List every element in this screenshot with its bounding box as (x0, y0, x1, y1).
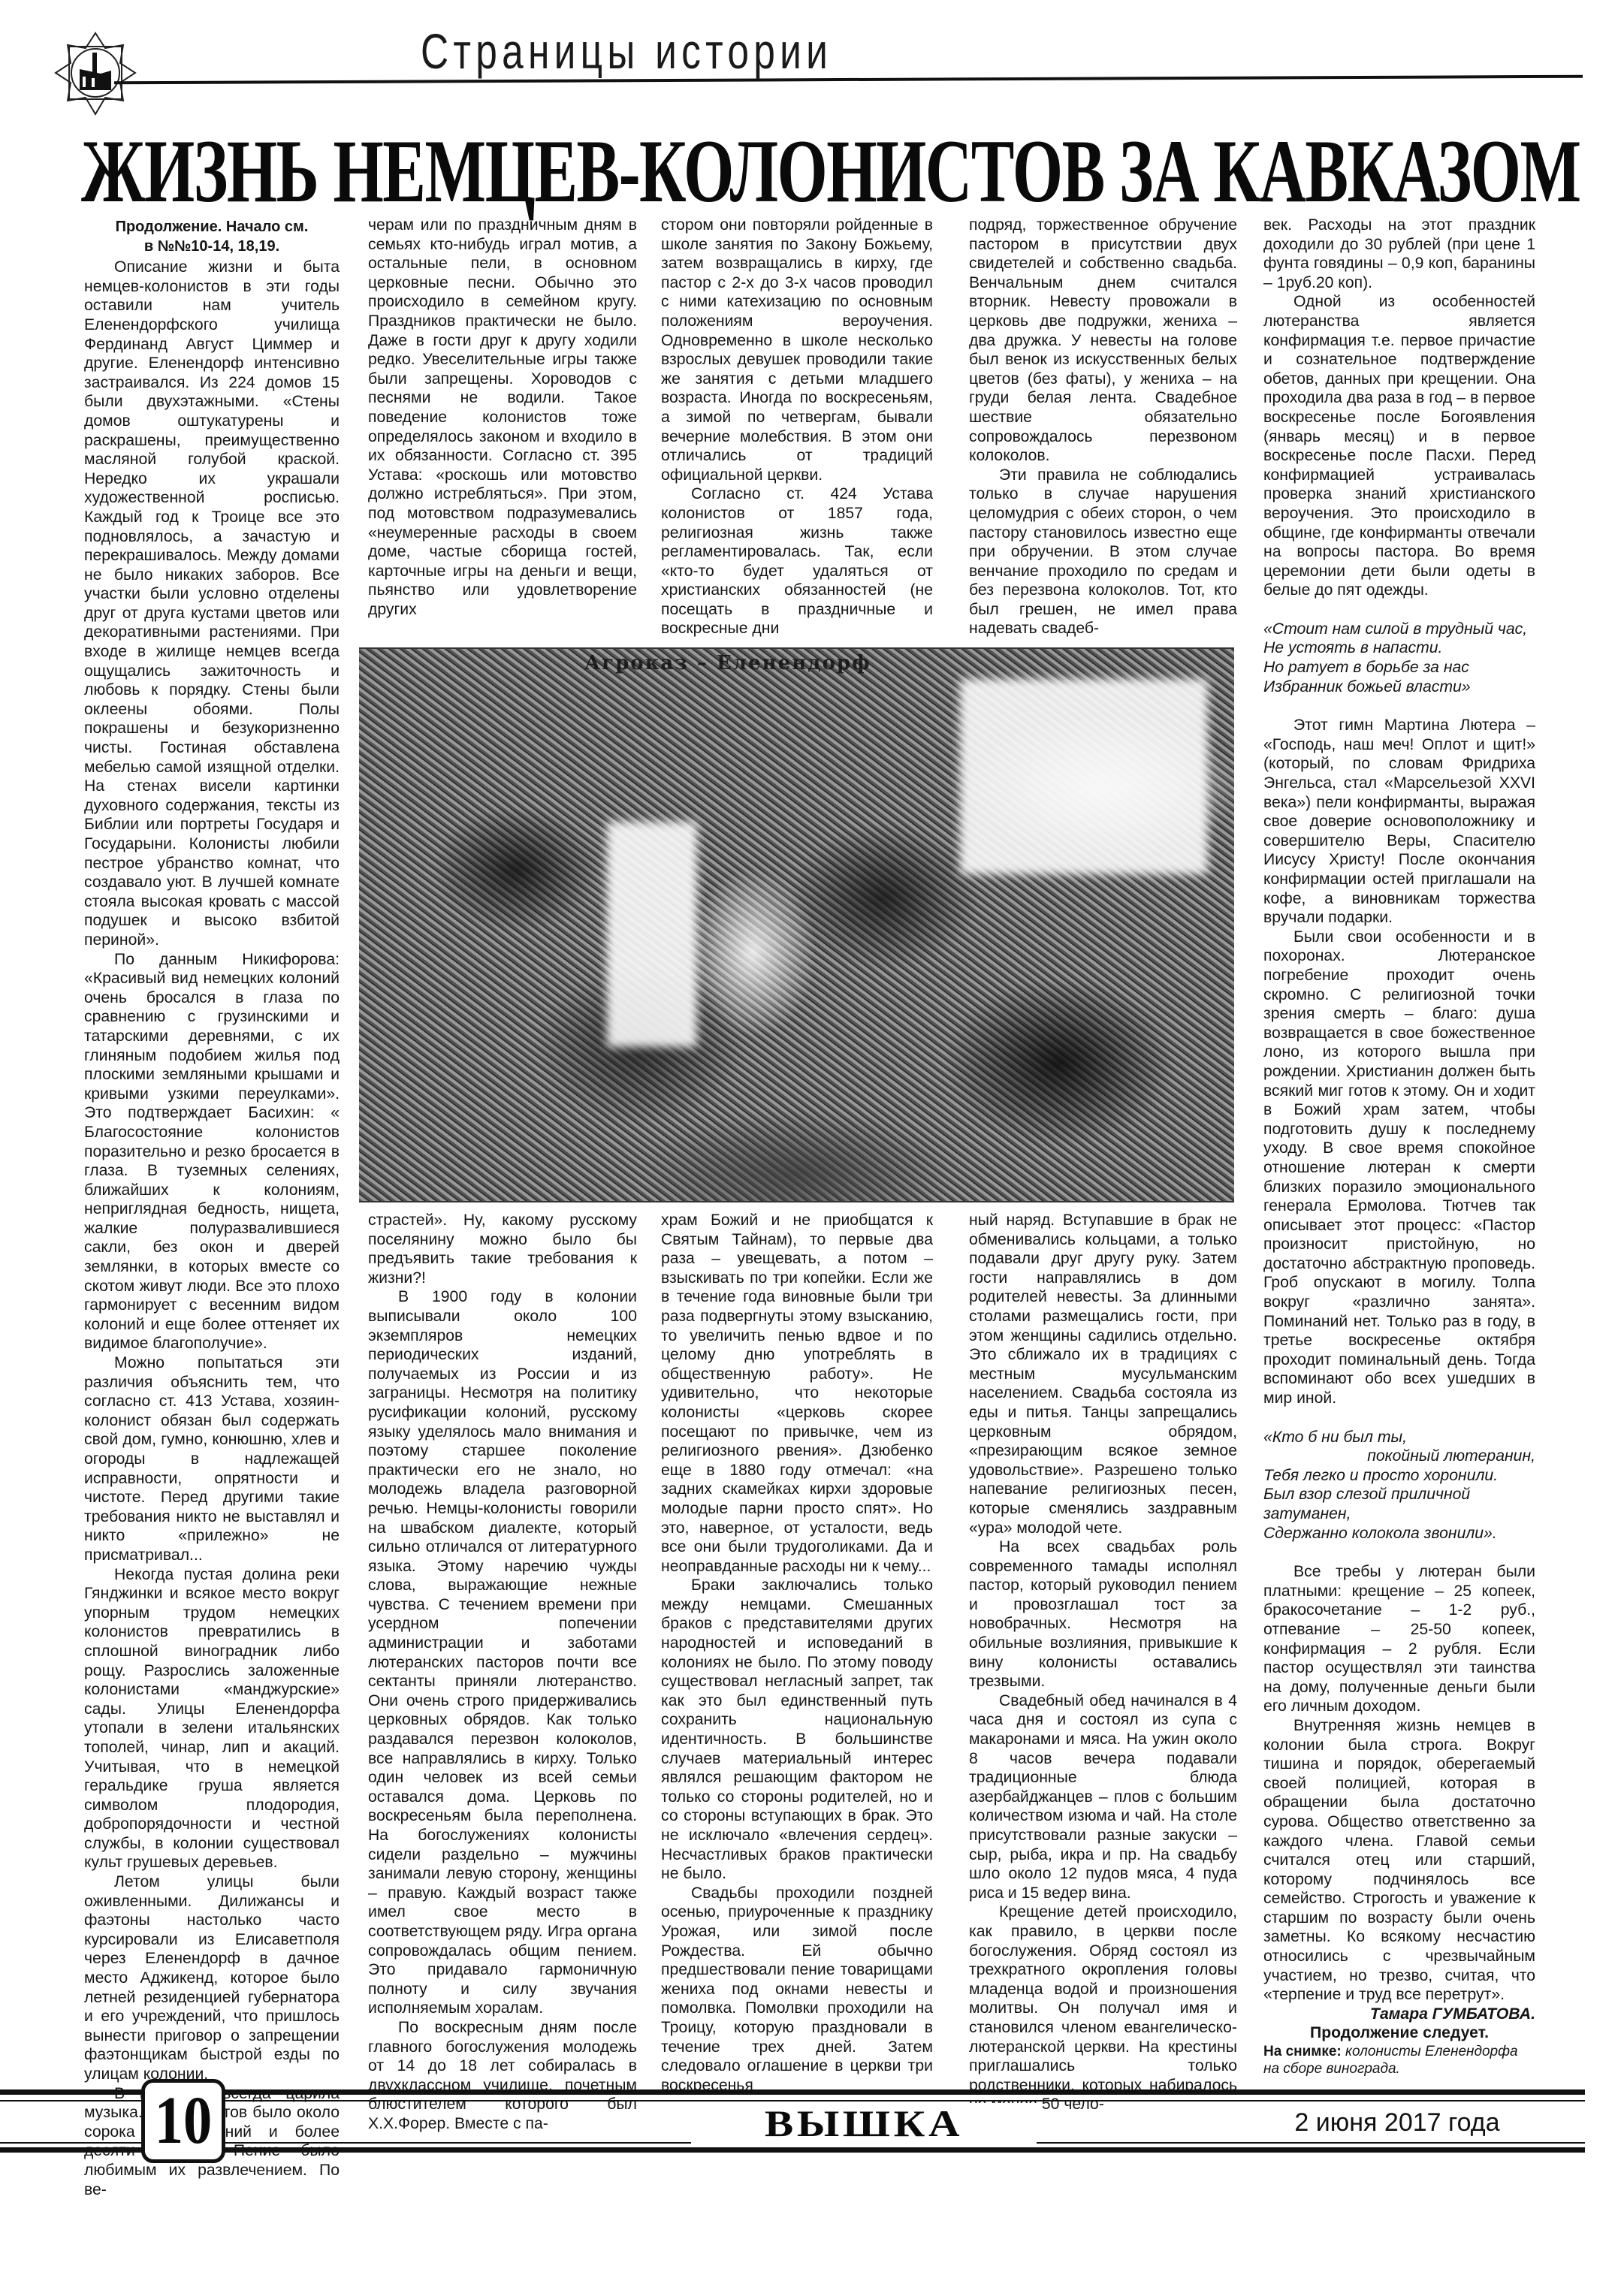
paragraph: ный наряд. Вступавшие в брак не обменива… (969, 1211, 1237, 1537)
paragraph: Согласно ст. 424 Устава колонистов от 18… (661, 484, 933, 638)
article-column-3-bottom: храм Божий и не приобщатся к Святым Тайн… (661, 1211, 933, 2095)
paragraph: Эти правила не соблюдались только в случ… (969, 466, 1237, 638)
oil-derrick-emblem-icon (54, 32, 137, 129)
article-headline: ЖИЗНЬ НЕМЦЕВ-КОЛОНИСТОВ ЗА КАВКАЗОМ (81, 126, 1163, 216)
hymn-verse: «Стоит нам силой в трудный час, Не устоя… (1263, 620, 1535, 696)
paragraph: Браки заключались только между немцами. … (661, 1576, 933, 1884)
paragraph: Некогда пустая долина реки Гянджинки и в… (84, 1565, 340, 1873)
photo-inscription: Агроказ – Еленендорф (584, 652, 871, 674)
paragraph: Свадебный обед начинался в 4 часа дня и … (969, 1691, 1237, 1903)
paragraph: храм Божий и не приобщатся к Святым Тайн… (661, 1211, 933, 1576)
page-number: 10 (155, 2087, 213, 2155)
paragraph: Свадьбы проходили поздней осенью, приуро… (661, 1884, 933, 2095)
paragraph: век. Расходы на этот праздник доходили д… (1263, 216, 1535, 292)
article-column-4-bottom: ный наряд. Вступавшие в брак не обменива… (969, 1211, 1237, 2114)
article-column-5: век. Расходы на этот праздник доходили д… (1263, 216, 1535, 2077)
paragraph: По данным Никифорова: «Красивый вид неме… (84, 950, 340, 1353)
article-column-4-top: подряд, торжественное обручение пастором… (969, 216, 1237, 638)
paragraph: страстей». Ну, какому русскому поселянин… (368, 1211, 637, 1287)
paragraph: Летом улицы были оживленными. Дилижансы … (84, 1872, 340, 2084)
paragraph: В 1900 году в колонии выписывали около 1… (368, 1287, 637, 2018)
paragraph: Этот гимн Мартина Лютера – «Господь, наш… (1263, 716, 1535, 928)
continuation-note: Продолжение. Начало см.в №№10-14, 18,19. (84, 218, 340, 256)
paragraph: Были свои особенности и в похоронах. Лют… (1263, 928, 1535, 1408)
photo-caption: На снимке: колонисты Еленендорфа на сбор… (1263, 2043, 1535, 2077)
author-byline: Тамара ГУМБАТОВА. (1263, 2005, 1535, 2024)
footer-rule (0, 2147, 1585, 2153)
photo-sky-highlight (960, 679, 1208, 874)
paragraph: черам или по праздничным дням в семьях к… (368, 216, 637, 619)
article-column-2-top: черам или по праздничным дням в семьях к… (368, 216, 637, 619)
article-column-2-bottom: страстей». Ну, какому русскому поселянин… (368, 1211, 637, 2134)
paragraph: подряд, торжественное обручение пастором… (969, 216, 1237, 466)
to-be-continued-note: Продолжение следует. (1263, 2023, 1535, 2043)
photo-figure-highlight (607, 822, 697, 1047)
paragraph: стором они повторяли ройденные в школе з… (661, 216, 933, 484)
paragraph: На всех свадьбах роль современного тамад… (969, 1537, 1237, 1691)
paragraph: По воскресным дням после главного богосл… (368, 2018, 637, 2134)
issue-date: 2 июня 2017 года (1277, 2105, 1517, 2141)
poem-verse: «Кто б ни был ты, покойный лютеранин, Те… (1263, 1428, 1535, 1543)
article-column-3-top: стором они повторяли ройденные в школе з… (661, 216, 933, 638)
section-rubric: Страницы истории (421, 21, 948, 81)
paragraph: Описание жизни и быта немцев-колонистов … (84, 258, 340, 949)
paragraph: Все требы у лютеран были платными: креще… (1263, 1562, 1535, 1716)
paragraph: Крещение детей происходило, как правило,… (969, 1902, 1237, 2114)
newspaper-masthead: ВЫШКА (691, 2103, 1037, 2144)
page-number-badge: 10 (141, 2079, 225, 2163)
footer-rule (0, 2089, 1585, 2095)
paragraph: Внутренняя жизнь немцев в колонии была с… (1263, 1716, 1535, 2005)
paragraph: Можно попытаться эти различия объяснить … (84, 1353, 340, 1565)
footer-rule (0, 2100, 1585, 2102)
paragraph: Одной из особенностей лютеранства являет… (1263, 292, 1535, 600)
vineyard-harvest-photo: Агроказ – Еленендорф (359, 647, 1234, 1202)
article-column-1: Продолжение. Начало см.в №№10-14, 18,19.… (84, 218, 340, 2201)
